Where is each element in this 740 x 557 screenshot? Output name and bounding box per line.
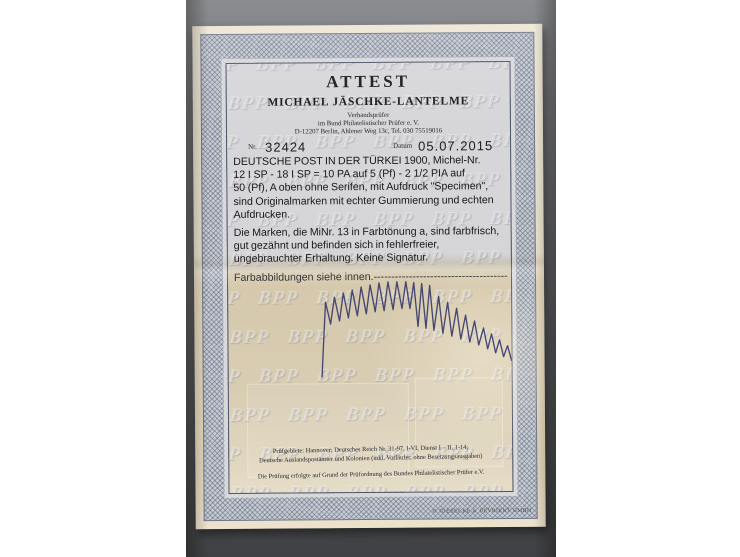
signature-path bbox=[321, 281, 512, 436]
certificate-inner: BPPBPPBPPBPPBPPBPPBPPBPPBPPBPPBPPBPPBPPB… bbox=[226, 61, 514, 494]
signature-scribble bbox=[227, 62, 513, 493]
printer-imprint: © GIESECKE & DEVRIENT GMBH bbox=[432, 508, 532, 515]
certificate-paper: BPPBPPBPPBPPBPPBPPBPPBPPBPPBPPBPPBPPBPPB… bbox=[192, 24, 546, 529]
photo-backdrop: BPPBPPBPPBPPBPPBPPBPPBPPBPPBPPBPPBPPBPPB… bbox=[186, 0, 556, 557]
